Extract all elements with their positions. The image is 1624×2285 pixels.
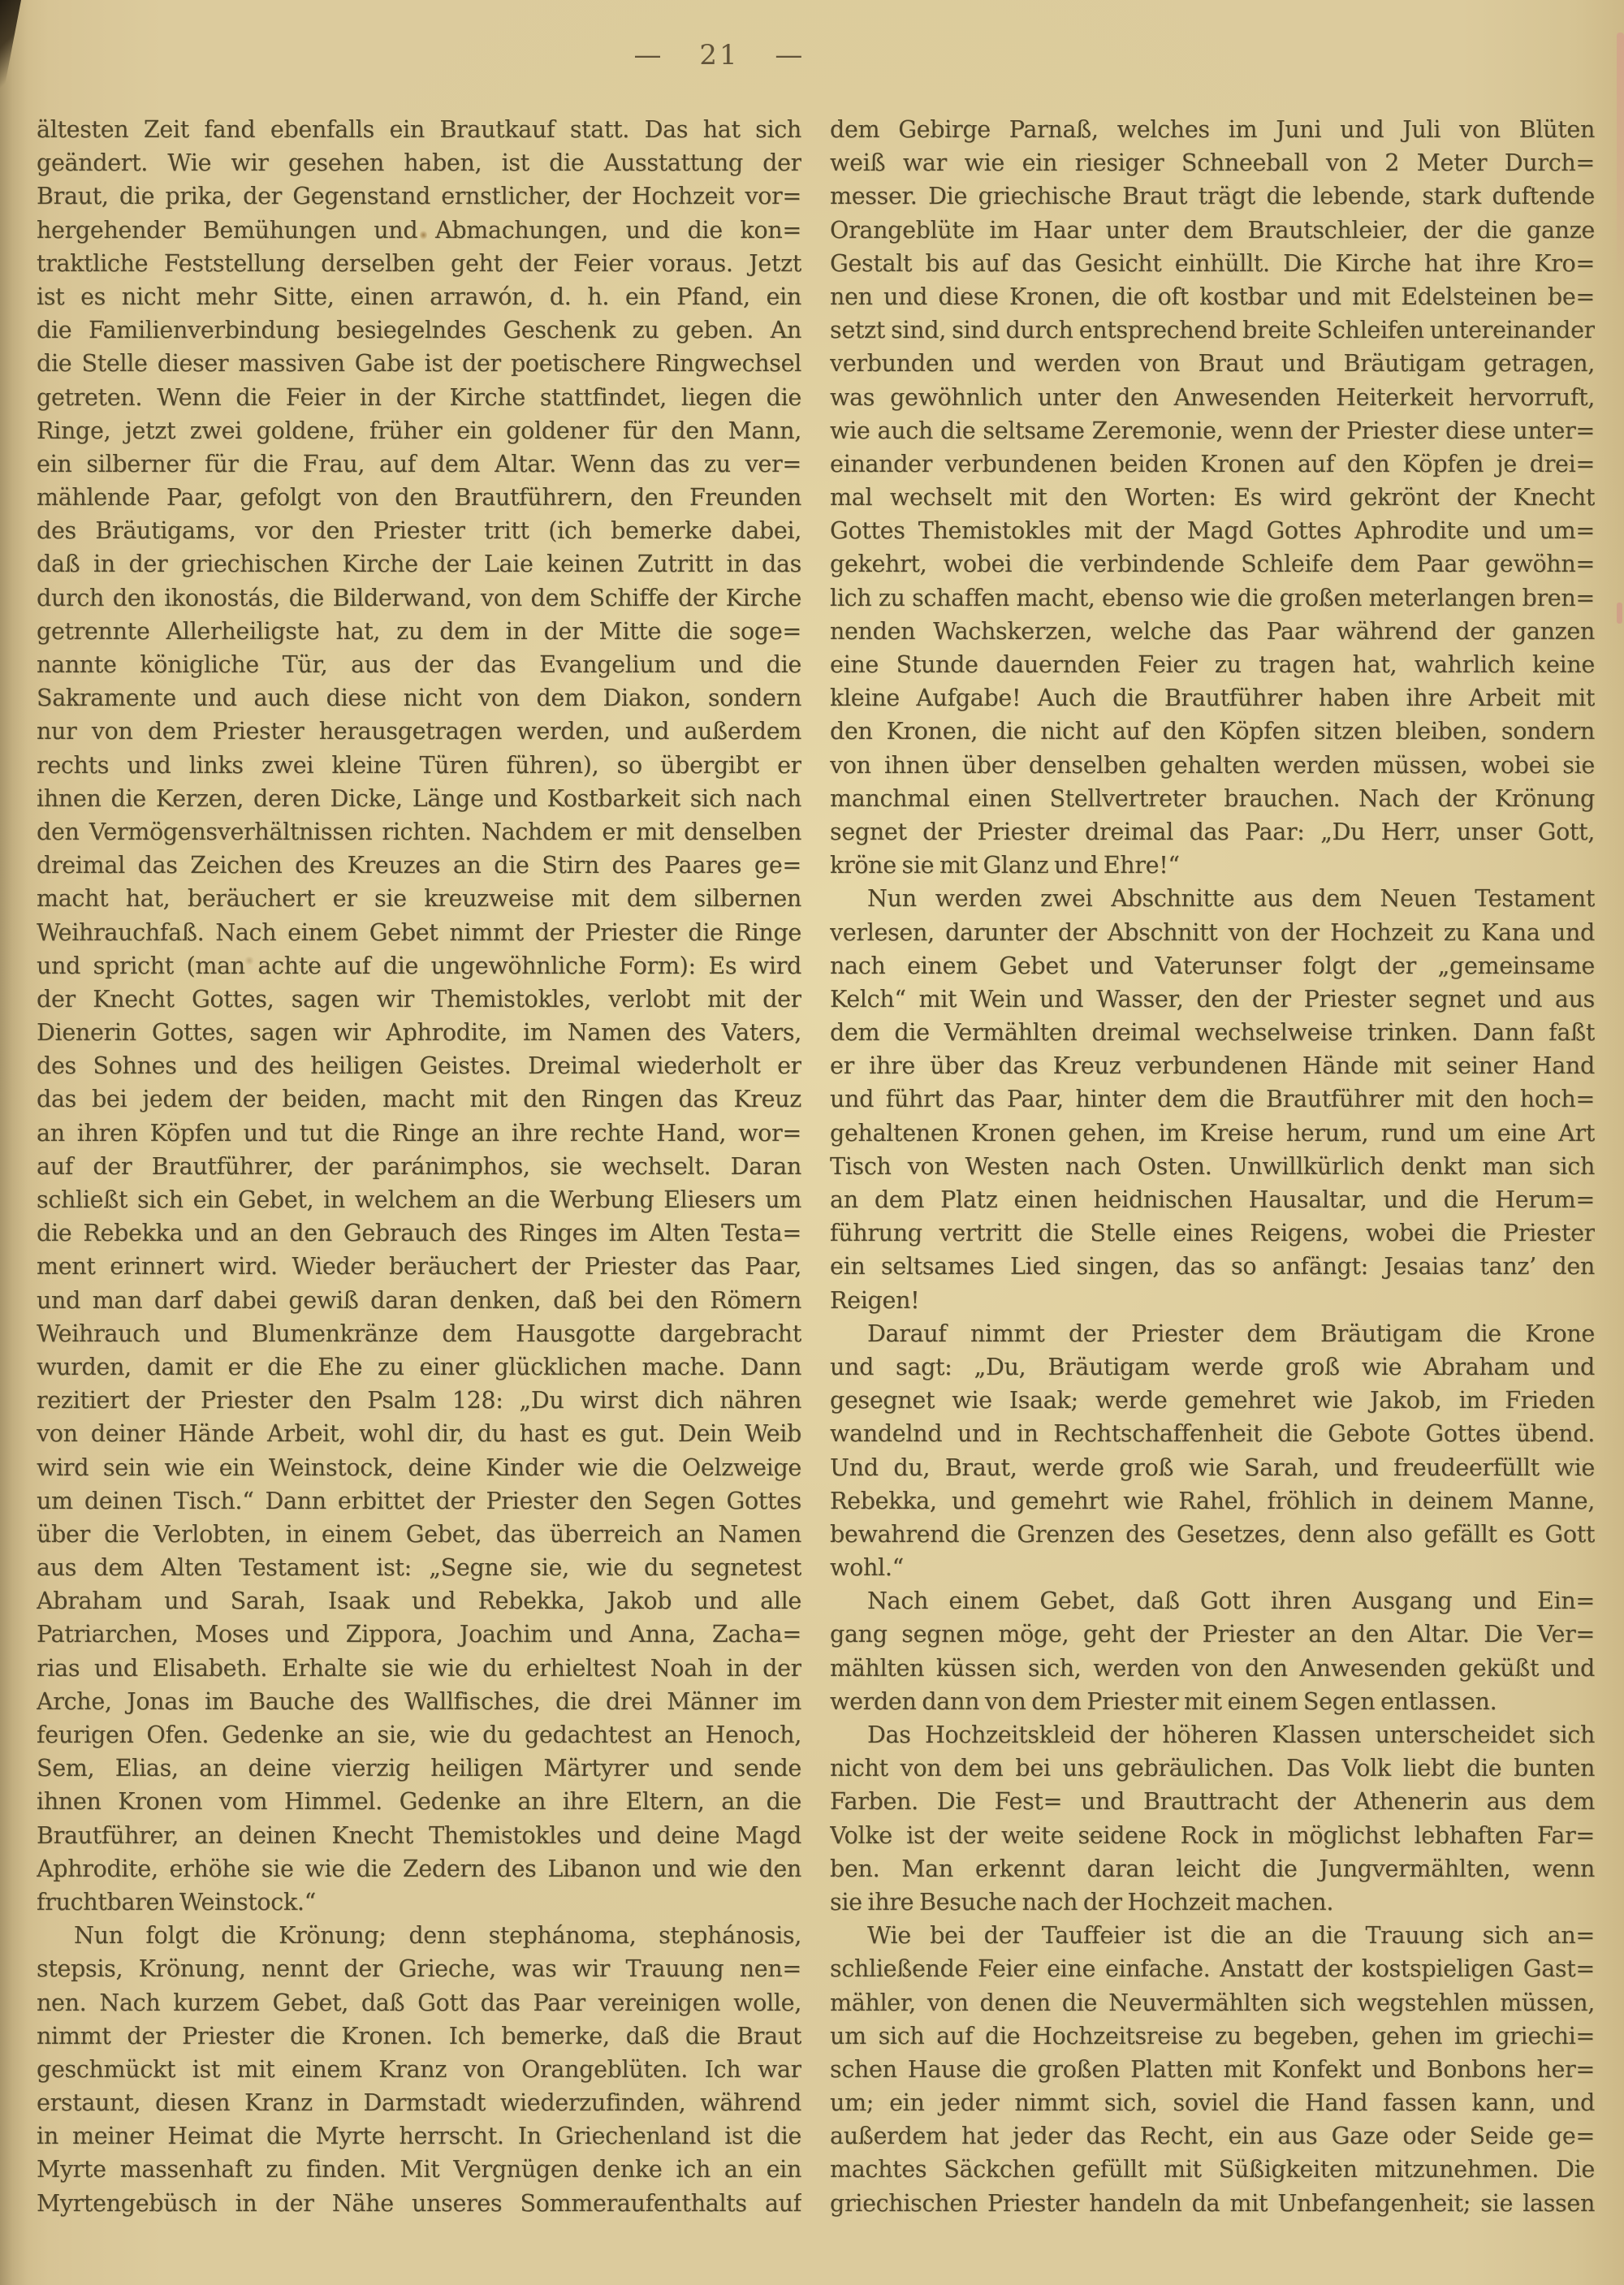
text-line: in meiner Heimat die Myrte herrscht. In … bbox=[37, 2119, 801, 2153]
text-line: Dienerin Gottes, sagen wir Aphrodite, im… bbox=[37, 1016, 801, 1049]
text-line: Nach einem Gebet, daß Gott ihren Ausgang… bbox=[830, 1584, 1595, 1618]
text-line: geschmückt ist mit einem Kranz von Orang… bbox=[37, 2053, 801, 2086]
text-line: Und du, Braut, werde groß wie Sarah, und… bbox=[830, 1451, 1595, 1484]
text-line: geändert. Wie wir gesehen haben, ist die… bbox=[37, 146, 801, 179]
text-line: des Bräutigams, vor den Priester tritt (… bbox=[37, 514, 801, 547]
text-line: bewahrend die Grenzen des Gesetzes, denn… bbox=[830, 1518, 1595, 1551]
text-line: schen Hause die großen Platten mit Konfe… bbox=[830, 2053, 1595, 2086]
text-line: manchmal einen Stellvertreter brauchen. … bbox=[830, 782, 1595, 815]
text-line: ihnen Kronen vom Himmel. Gedenke an ihre… bbox=[37, 1785, 801, 1818]
text-line: weiß war wie ein riesiger Schneeball von… bbox=[830, 146, 1595, 179]
text-line: mal wechselt mit den Worten: Es wird gek… bbox=[830, 481, 1595, 514]
text-line: den Kronen, die nicht auf den Köpfen sit… bbox=[830, 715, 1595, 748]
text-line: kröne sie mit Glanz und Ehre!“ bbox=[830, 849, 1595, 882]
text-line: die Rebekka und an den Gebrauch des Ring… bbox=[37, 1216, 801, 1250]
text-line: durch den ikonostás, die Bilderwand, von… bbox=[37, 581, 801, 615]
text-line: an dem Platz einen heidnischen Hausaltar… bbox=[830, 1183, 1595, 1216]
text-line: Gestalt bis auf das Gesicht einhüllt. Di… bbox=[830, 247, 1595, 280]
text-line: gehaltenen Kronen gehen, im Kreise herum… bbox=[830, 1117, 1595, 1150]
text-line: ben. Man erkennt daran leicht die Jungve… bbox=[830, 1852, 1595, 1885]
text-line: und führt das Paar, hinter dem die Braut… bbox=[830, 1082, 1595, 1116]
text-line: stepsis, Krönung, nennt der Grieche, was… bbox=[37, 1952, 801, 1985]
text-line: wandelnd und in Rechtschaffenheit die Ge… bbox=[830, 1417, 1595, 1450]
text-line: ment erinnert wird. Wieder beräuchert de… bbox=[37, 1250, 801, 1283]
text-line: Brautführer, an deinen Knecht Themistokl… bbox=[37, 1819, 801, 1852]
text-line: ist es nicht mehr Sitte, einen arrawón, … bbox=[37, 280, 801, 313]
text-line: Tisch von Westen nach Osten. Unwillkürli… bbox=[830, 1150, 1595, 1183]
text-line: dreimal das Zeichen des Kreuzes an die S… bbox=[37, 849, 801, 882]
text-line: macht hat, beräuchert er sie kreuzweise … bbox=[37, 882, 801, 915]
text-line: Nun folgt die Krönung; denn stephánoma, … bbox=[37, 1919, 801, 1952]
text-line: wird sein wie ein Weinstock, deine Kinde… bbox=[37, 1451, 801, 1484]
text-line: und man darf dabei gewiß daran denken, d… bbox=[37, 1284, 801, 1317]
text-line: Gottes Themistokles mit der Magd Gottes … bbox=[830, 514, 1595, 547]
text-line: von ihnen über denselben gehalten werden… bbox=[830, 749, 1595, 782]
text-column-left: ältesten Zeit fand ebenfalls ein Brautka… bbox=[37, 113, 801, 2220]
text-line: verlesen, darunter der Abschnitt von der… bbox=[830, 916, 1595, 949]
text-line: nach einem Gebet und Vaterunser folgt de… bbox=[830, 949, 1595, 983]
page-number-header: — 21 — bbox=[0, 39, 1439, 71]
text-line: gesegnet wie Isaak; werde gemehret wie J… bbox=[830, 1384, 1595, 1417]
text-line: Braut, die prika, der Gegenstand ernstli… bbox=[37, 179, 801, 213]
text-line: Nun werden zwei Abschnitte aus dem Neuen… bbox=[830, 882, 1595, 915]
text-line: Farben. Die Fest= und Brauttracht der At… bbox=[830, 1785, 1595, 1818]
text-line: die Stelle dieser massiven Gabe ist der … bbox=[37, 347, 801, 380]
text-line: die Familienverbindung besiegelndes Gesc… bbox=[37, 313, 801, 347]
text-line: und spricht (man achte auf die ungewöhnl… bbox=[37, 949, 801, 983]
text-line: aus dem Alten Testament ist: „Segne sie,… bbox=[37, 1551, 801, 1584]
text-line: Sakramente und auch diese nicht von dem … bbox=[37, 681, 801, 715]
scan-pink-speck bbox=[1617, 603, 1622, 624]
text-line: ein seltsames Lied singen, das so anfäng… bbox=[830, 1250, 1595, 1283]
text-line: den Vermögensverhältnissen richten. Nach… bbox=[37, 815, 801, 849]
text-line: feurigen Ofen. Gedenke an sie, wie du ge… bbox=[37, 1718, 801, 1752]
text-line: mählende Paar, gefolgt von den Brautführ… bbox=[37, 481, 801, 514]
text-line: getreten. Wenn die Feier in der Kirche s… bbox=[37, 381, 801, 414]
text-line: machtes Säckchen gefüllt mit Süßigkeiten… bbox=[830, 2153, 1595, 2186]
text-column-right: dem Gebirge Parnaß, welches im Juni und … bbox=[830, 113, 1595, 2220]
text-line: lich zu schaffen macht, ebenso wie die g… bbox=[830, 581, 1595, 615]
text-line: ältesten Zeit fand ebenfalls ein Brautka… bbox=[37, 113, 801, 146]
text-line: mählten küssen sich, werden von den Anwe… bbox=[830, 1652, 1595, 1685]
text-line: er ihre über das Kreuz verbundenen Hände… bbox=[830, 1049, 1595, 1082]
text-line: verbunden und werden von Braut und Bräut… bbox=[830, 347, 1595, 380]
text-line: Aphrodite, erhöhe sie wie die Zedern des… bbox=[37, 1852, 801, 1885]
text-line: messer. Die griechische Braut trägt die … bbox=[830, 179, 1595, 213]
text-line: Rebekka, und gemehrt wie Rahel, fröhlich… bbox=[830, 1484, 1595, 1518]
text-line: rias und Elisabeth. Erhalte sie wie du e… bbox=[37, 1652, 801, 1685]
scanned-page: — 21 — ältesten Zeit fand ebenfalls ein … bbox=[0, 0, 1624, 2285]
text-line: dem die Vermählten dreimal wechselweise … bbox=[830, 1016, 1595, 1049]
text-line: Patriarchen, Moses und Zippora, Joachim … bbox=[37, 1618, 801, 1651]
text-line: nimmt der Priester die Kronen. Ich bemer… bbox=[37, 2019, 801, 2053]
text-line: außerdem hat jeder das Recht, ein aus Ga… bbox=[830, 2119, 1595, 2153]
text-line: über die Verlobten, in einem Gebet, das … bbox=[37, 1518, 801, 1551]
text-line: dem Gebirge Parnaß, welches im Juni und … bbox=[830, 113, 1595, 146]
text-line: rezitiert der Priester den Psalm 128: „D… bbox=[37, 1384, 801, 1417]
text-line: setzt sind, sind durch entsprechend brei… bbox=[830, 313, 1595, 347]
text-line: nen und diese Kronen, die oft kostbar un… bbox=[830, 280, 1595, 313]
text-line: und sagt: „Du, Bräutigam werde groß wie … bbox=[830, 1350, 1595, 1384]
text-line: hergehender Bemühungen und Abmachungen, … bbox=[37, 214, 801, 247]
text-line: Myrte massenhaft zu finden. Mit Vergnüge… bbox=[37, 2153, 801, 2186]
text-line: auf der Brautführer, der paránimphos, si… bbox=[37, 1150, 801, 1183]
text-line: mähler, von denen die Neuvermählten sich… bbox=[830, 1986, 1595, 2019]
text-line: Reigen! bbox=[830, 1284, 1595, 1317]
text-line: ein silberner für die Frau, auf dem Alta… bbox=[37, 447, 801, 481]
text-line: Ringe, jetzt zwei goldene, früher ein go… bbox=[37, 414, 801, 447]
text-line: Das Hochzeitskleid der höheren Klassen u… bbox=[830, 1718, 1595, 1752]
text-line: schließende Feier eine einfache. Anstatt… bbox=[830, 1952, 1595, 1985]
text-line: getrennte Allerheiligste hat, zu dem in … bbox=[37, 615, 801, 648]
text-line: Weihrauchfaß. Nach einem Gebet nimmt der… bbox=[37, 916, 801, 949]
text-line: Darauf nimmt der Priester dem Bräutigam … bbox=[830, 1317, 1595, 1350]
text-line: daß in der griechischen Kirche der Laie … bbox=[37, 547, 801, 581]
text-line: Abraham und Sarah, Isaak und Rebekka, Ja… bbox=[37, 1584, 801, 1618]
text-line: nannte königliche Tür, aus der das Evang… bbox=[37, 648, 801, 681]
text-line: segnet der Priester dreimal das Paar: „D… bbox=[830, 815, 1595, 849]
text-line: Weihrauch und Blumenkränze dem Hausgotte… bbox=[37, 1317, 801, 1350]
text-line: Arche, Jonas im Bauche des Wallfisches, … bbox=[37, 1685, 801, 1718]
text-line: des Sohnes und des heiligen Geistes. Dre… bbox=[37, 1049, 801, 1082]
text-line: um sich auf die Hochzeitsreise zu begebe… bbox=[830, 2019, 1595, 2053]
text-line: an ihren Köpfen und tut die Ringe an ihr… bbox=[37, 1117, 801, 1150]
text-line: sie ihre Besuche nach der Hochzeit mache… bbox=[830, 1885, 1595, 1919]
text-line: Kelch“ mit Wein und Wasser, den der Prie… bbox=[830, 983, 1595, 1016]
text-line: wohl.“ bbox=[830, 1551, 1595, 1584]
text-line: wie auch die seltsame Zeremonie, wenn de… bbox=[830, 414, 1595, 447]
text-line: Myrtengebüsch in der Nähe unseres Sommer… bbox=[37, 2187, 801, 2220]
text-line: Orangeblüte im Haar unter dem Brautschle… bbox=[830, 214, 1595, 247]
text-line: rechts und links zwei kleine Türen führe… bbox=[37, 749, 801, 782]
text-line: führung vertritt die Stelle eines Reigen… bbox=[830, 1216, 1595, 1250]
scan-right-edge-artifact bbox=[1617, 32, 1624, 292]
text-line: eine Stunde dauernden Feier zu tragen ha… bbox=[830, 648, 1595, 681]
text-line: nur von dem Priester herausgetragen werd… bbox=[37, 715, 801, 748]
text-line: kleine Aufgabe! Auch die Brautführer hab… bbox=[830, 681, 1595, 715]
text-line: was gewöhnlich unter den Anwesenden Heit… bbox=[830, 381, 1595, 414]
text-line: ihnen die Kerzen, deren Dicke, Länge und… bbox=[37, 782, 801, 815]
text-line: einander verbundenen beiden Kronen auf d… bbox=[830, 447, 1595, 481]
text-line: traktliche Feststellung derselben geht d… bbox=[37, 247, 801, 280]
text-line: nen. Nach kurzem Gebet, daß Gott das Paa… bbox=[37, 1986, 801, 2019]
text-line: gang segnen möge, geht der Priester an d… bbox=[830, 1618, 1595, 1651]
text-line: nenden Wachskerzen, welche das Paar währ… bbox=[830, 615, 1595, 648]
text-line: um; ein jeder nimmt sich, soviel die Han… bbox=[830, 2086, 1595, 2119]
text-line: griechischen Priester handeln da mit Unb… bbox=[830, 2187, 1595, 2220]
text-line: gekehrt, wobei die verbindende Schleife … bbox=[830, 547, 1595, 581]
text-line: nicht von dem bei uns gebräulichen. Das … bbox=[830, 1752, 1595, 1785]
text-line: das bei jedem der beiden, macht mit den … bbox=[37, 1082, 801, 1116]
text-line: wurden, damit er die Ehe zu einer glückl… bbox=[37, 1350, 801, 1384]
text-line: schließt sich ein Gebet, in welchem an d… bbox=[37, 1183, 801, 1216]
text-line: Volke ist der weite seidene Rock in mögl… bbox=[830, 1819, 1595, 1852]
text-line: Wie bei der Tauffeier ist die an die Tra… bbox=[830, 1919, 1595, 1952]
text-line: um deinen Tisch.“ Dann erbittet der Prie… bbox=[37, 1484, 801, 1518]
text-line: werden dann von dem Priester mit einem S… bbox=[830, 1685, 1595, 1718]
page-left-edge-shadow bbox=[0, 0, 28, 2285]
text-line: fruchtbaren Weinstock.“ bbox=[37, 1885, 801, 1919]
text-line: von deiner Hände Arbeit, wohl dir, du ha… bbox=[37, 1417, 801, 1450]
text-line: erstaunt, diesen Kranz in Darmstadt wied… bbox=[37, 2086, 801, 2119]
text-line: der Knecht Gottes, sagen wir Themistokle… bbox=[37, 983, 801, 1016]
text-line: Sem, Elias, an deine vierzig heiligen Mä… bbox=[37, 1752, 801, 1785]
